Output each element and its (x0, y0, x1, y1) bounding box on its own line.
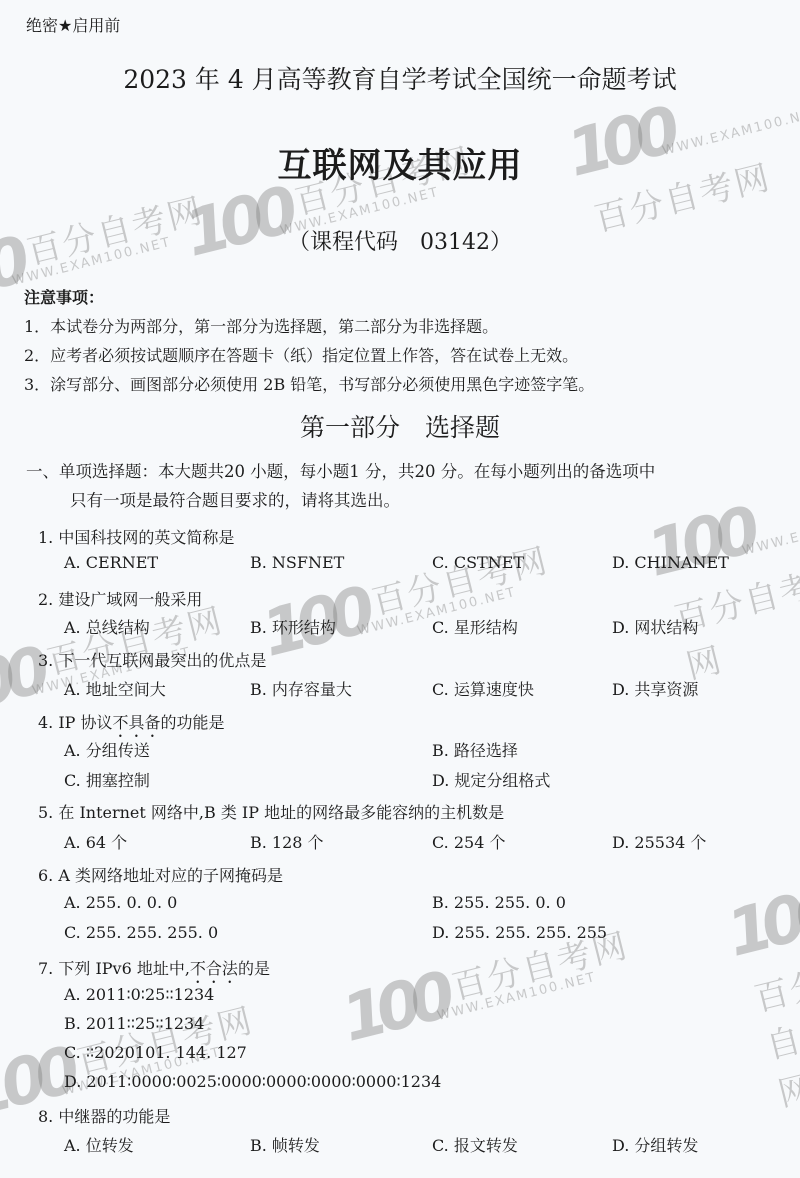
question-option: B. 路径选择 (432, 738, 518, 761)
course-code: （课程代码 03142） (0, 225, 800, 256)
question-option: A. 总线结构 (64, 615, 150, 638)
question-stem: 7. 下列 IPv6 地址中,不合法的是 (38, 956, 270, 987)
question-stem: 2. 建设广域网一般采用 (38, 587, 202, 610)
question-option: B. 255. 255. 0. 0 (432, 893, 566, 912)
question-option: B. 环形结构 (250, 615, 336, 638)
emphasized-text: 不合法 (190, 959, 238, 978)
question-option: B. 内存容量大 (250, 677, 352, 700)
watermark-logo: 100 (720, 875, 800, 972)
question-option: A. CERNET (64, 553, 158, 572)
question-stem: 5. 在 Internet 网络中,B 类 IP 地址的网络最多能容纳的主机数是 (38, 800, 504, 823)
question-option: D. 分组转发 (612, 1133, 698, 1156)
watermark: 100百分自考网 WWW.EXAM100.NET (720, 875, 800, 1118)
question-option: C. 报文转发 (432, 1133, 518, 1156)
question-option: C. 星形结构 (432, 615, 518, 638)
question-stem: 3. 下一代互联网最突出的优点是 (38, 648, 266, 671)
question-option: B. 帧转发 (250, 1133, 320, 1156)
watermark-logo: 100 (335, 960, 453, 1057)
question-stem: 8. 中继器的功能是 (38, 1104, 170, 1127)
question-option: A. 分组传送 (64, 738, 150, 761)
question-option: A. 位转发 (64, 1133, 134, 1156)
section-instructions: 一、单项选择题：本大题共20 小题，每小题1 分，共20 分。在每小题列出的备选… (26, 458, 655, 482)
watermark-logo: 100 (640, 495, 758, 592)
watermark-logo: 100 (178, 175, 296, 272)
subject-title: 互联网及其应用 (0, 138, 800, 187)
question-option: C. 运算速度快 (432, 677, 534, 700)
question-option: D. 25534 个 (612, 830, 706, 853)
part-title: 第一部分 选择题 (0, 408, 800, 444)
notice-item: 1．本试卷分为两部分，第一部分为选择题，第二部分为非选择题。 (24, 314, 498, 337)
question-stem: 4. IP 协议不具备的功能是 (38, 710, 225, 741)
question-option: B. 2011∶∶25∶∶1234 (64, 1014, 204, 1033)
question-option: D. 共享资源 (612, 677, 698, 700)
watermark: 100百分自考网 WWW.EXAM100.NET (255, 529, 558, 672)
exam-title: 2023 年 4 月高等教育自学考试全国统一命题考试 (0, 60, 800, 96)
notice-heading: 注意事项： (24, 285, 104, 308)
question-stem: 1. 中国科技网的英文简称是 (38, 525, 234, 548)
question-option: D. 2011∶0000∶0025∶0000∶0000∶0000∶0000∶12… (64, 1072, 441, 1091)
exam-page: 100百分自考网 WWW.EXAM100.NET 100百分自考网 WWW.EX… (0, 0, 800, 1178)
question-option: A. 2011∶0∶25∶∶1234 (64, 985, 214, 1004)
emphasized-text: 不具备 (113, 713, 161, 732)
question-option: C. 拥塞控制 (64, 768, 150, 791)
section-instructions-cont: 只有一项是最符合题目要求的，请将其选出。 (70, 487, 400, 511)
question-option: A. 255. 0. 0. 0 (64, 893, 177, 912)
question-option: D. 网状结构 (612, 615, 698, 638)
question-option: D. 255. 255. 255. 255 (432, 923, 607, 942)
notice-item: 3．涂写部分、画图部分必须使用 2B 铅笔，书写部分必须使用黑色字迹签字笔。 (24, 372, 594, 395)
question-option: C. ∶∶2020101. 144. 127 (64, 1043, 247, 1062)
question-option: A. 64 个 (64, 830, 127, 853)
confidential-label: 绝密★启用前 (26, 13, 120, 36)
notice-item: 2．应考者必须按试题顺序在答题卡（纸）指定位置上作答，答在试卷上无效。 (24, 343, 578, 366)
question-option: D. CHINANET (612, 553, 729, 572)
question-option: B. NSFNET (250, 553, 344, 572)
question-option: C. 255. 255. 255. 0 (64, 923, 218, 942)
question-option: C. 254 个 (432, 830, 505, 853)
watermark: 100百分自考网 WWW.EXAM100.NET (640, 481, 800, 690)
question-option: A. 地址空间大 (64, 677, 166, 700)
question-option: B. 128 个 (250, 830, 324, 853)
question-stem: 6. A 类网络地址对应的子网掩码是 (38, 863, 283, 886)
question-option: D. 规定分组格式 (432, 768, 550, 791)
question-option: C. CSTNET (432, 553, 524, 572)
